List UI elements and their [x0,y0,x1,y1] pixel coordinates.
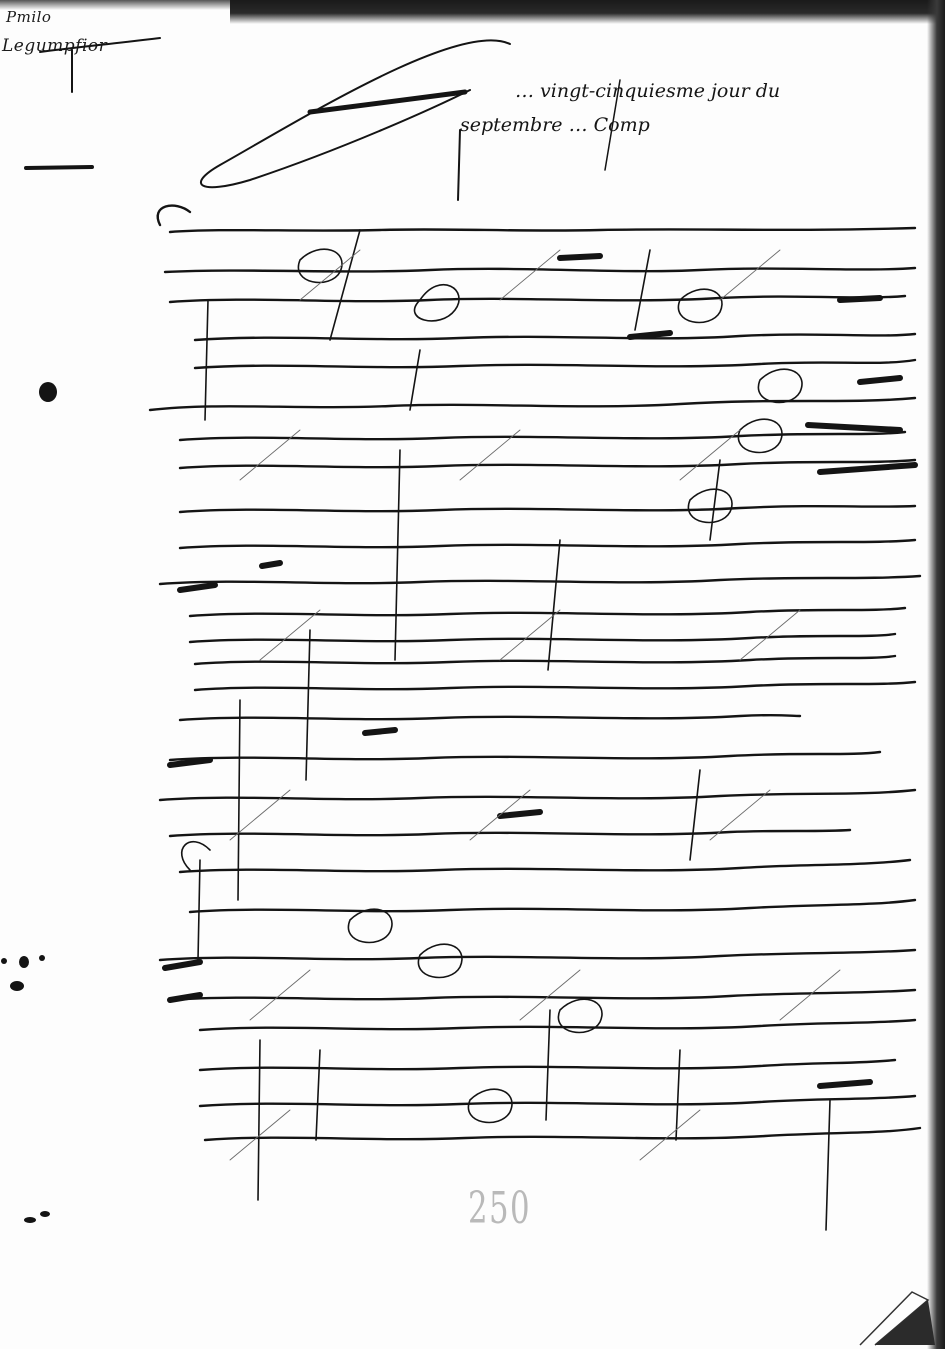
manuscript-page: Pmilo Legumpfior … vingt-cinquiesme jour… [0,0,945,1349]
folio-number: 250 [468,1183,531,1234]
handwriting-strokes [0,0,945,1349]
